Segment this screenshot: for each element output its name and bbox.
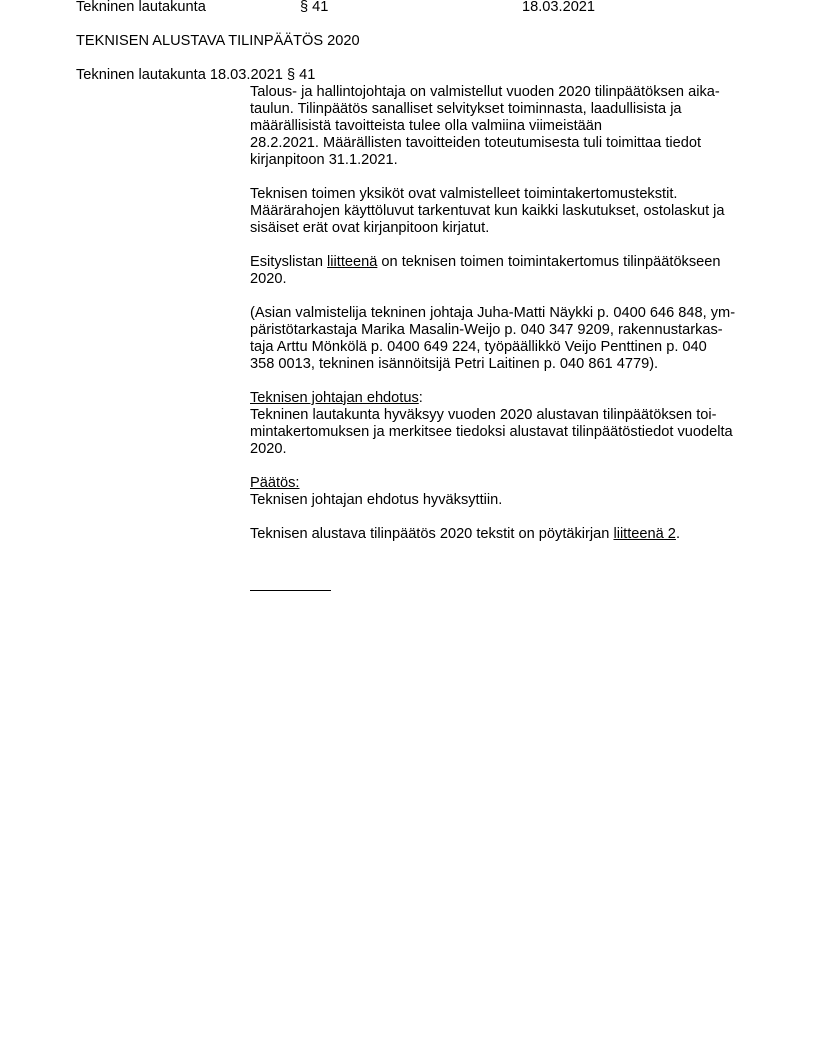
document-body: Talous- ja hallintojohtaja on valmistell… (250, 84, 750, 560)
text-line: Teknisen toimen yksiköt ovat valmistelle… (250, 186, 750, 203)
text-line: kirjanpitoon 31.1.2021. (250, 152, 750, 169)
end-divider-line (250, 590, 331, 591)
text-segment: on teknisen toimen toimintakertomus tili… (377, 254, 720, 270)
document-title: TEKNISEN ALUSTAVA TILINPÄÄTÖS 2020 (76, 33, 360, 50)
text-line: Tekninen lautakunta hyväksyy vuoden 2020… (250, 407, 750, 424)
proposal-heading: Teknisen johtajan ehdotus (250, 390, 419, 406)
decision-text: Teknisen johtajan ehdotus hyväksyttiin. (250, 492, 750, 509)
paragraph-agenda-attachment: Esityslistan liitteenä on teknisen toime… (250, 254, 750, 288)
text-line: Esityslistan liitteenä on teknisen toime… (250, 254, 750, 271)
text-line: 2020. (250, 441, 750, 458)
meeting-reference: Tekninen lautakunta 18.03.2021 § 41 (76, 67, 315, 84)
text-segment: . (676, 526, 680, 542)
paragraph-units: Teknisen toimen yksiköt ovat valmistelle… (250, 186, 750, 237)
text-line: mintakertomuksen ja merkitsee tiedoksi a… (250, 424, 750, 441)
paragraph-proposal: Teknisen johtajan ehdotus: Tekninen laut… (250, 390, 750, 458)
text-line: Määrärahojen käyttöluvut tarkentuvat kun… (250, 203, 750, 220)
text-line: 358 0013, tekninen isännöitsijä Petri La… (250, 356, 750, 373)
text-line: Teknisen alustava tilinpäätös 2020 tekst… (250, 526, 750, 543)
attachment-link[interactable]: liitteenä (327, 254, 377, 270)
text-segment: Teknisen alustava tilinpäätös 2020 tekst… (250, 526, 613, 542)
decision-heading: Päätös: (250, 475, 750, 492)
proposal-heading-line: Teknisen johtajan ehdotus: (250, 390, 750, 407)
minutes-attachment-link[interactable]: liitteenä 2 (613, 526, 675, 542)
text-line: määrällisistä tavoitteista tulee olla va… (250, 118, 750, 135)
paragraph-schedule: Talous- ja hallintojohtaja on valmistell… (250, 84, 750, 169)
text-line: (Asian valmistelija tekninen johtaja Juh… (250, 305, 750, 322)
proposal-heading-suffix: : (419, 390, 423, 406)
header-date: 18.03.2021 (522, 0, 595, 16)
text-line: 2020. (250, 271, 750, 288)
text-segment: Esityslistan (250, 254, 327, 270)
text-line: sisäiset erät ovat kirjanpitoon kirjatut… (250, 220, 750, 237)
paragraph-minutes-attachment: Teknisen alustava tilinpäätös 2020 tekst… (250, 526, 750, 543)
paragraph-contacts: (Asian valmistelija tekninen johtaja Juh… (250, 305, 750, 373)
header-section-number: § 41 (300, 0, 328, 16)
text-line: 28.2.2021. Määrällisten tavoitteiden tot… (250, 135, 750, 152)
text-line: päristötarkastaja Marika Masalin-Weijo p… (250, 322, 750, 339)
text-line: Talous- ja hallintojohtaja on valmistell… (250, 84, 750, 101)
text-line: taulun. Tilinpäätös sanalliset selvityks… (250, 101, 750, 118)
text-line: taja Arttu Mönkölä p. 0400 649 224, työp… (250, 339, 750, 356)
header-board-name: Tekninen lautakunta (76, 0, 206, 16)
paragraph-decision: Päätös: Teknisen johtajan ehdotus hyväks… (250, 475, 750, 509)
